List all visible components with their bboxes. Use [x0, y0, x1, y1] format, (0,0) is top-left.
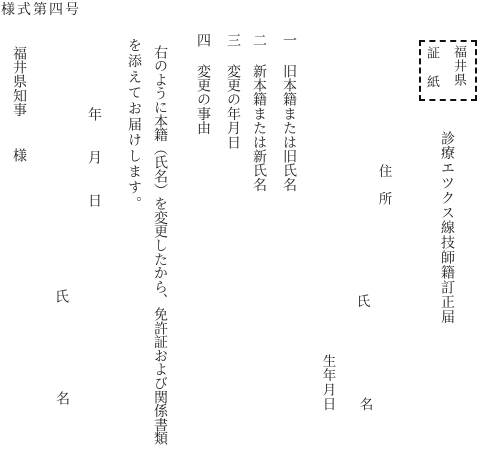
item-4-change-reason: 四 変更の事由	[196, 33, 210, 135]
recipient-honorific: 様	[12, 148, 26, 162]
name-field-label-mei: 名	[357, 397, 371, 411]
item-3-number: 三	[225, 33, 241, 47]
birthdate-field-label: 生年月日	[320, 354, 334, 411]
stamp-box-stamp-char-2: 紙	[425, 75, 438, 88]
signature-name-label-sei: 氏	[54, 289, 68, 303]
item-1-text: 旧本籍または旧氏名	[281, 64, 297, 192]
address-field-label: 住所	[376, 164, 390, 219]
recipient-governor-label: 福井県知事	[12, 46, 26, 117]
form-page: 様式第四号 福井県 証 紙 診療エツクス線技師籍訂正届 住所 氏 名 生年月日 …	[0, 0, 482, 451]
item-3-change-date: 三 変更の年月日	[226, 33, 240, 149]
stamp-box-stamp-char-1: 証	[425, 46, 438, 59]
item-1-number: 一	[281, 33, 297, 47]
item-4-number: 四	[195, 33, 211, 47]
stamp-box-prefecture: 福井県	[452, 45, 465, 87]
date-year-month-day-labels: 年月日	[87, 107, 101, 236]
item-3-text: 変更の年月日	[225, 64, 241, 149]
item-2-text: 新本籍または新氏名	[251, 64, 267, 192]
body-text-line-1: 右のように本籍（氏名）を変更したから、免許証および関係書類	[153, 45, 167, 445]
revenue-stamp-box: 福井県 証 紙	[419, 40, 477, 101]
body-text-line-2: を添えてお届けします。	[127, 38, 141, 212]
item-1-old-registry: 一 旧本籍または旧氏名	[282, 33, 296, 192]
item-4-text: 変更の事由	[195, 64, 211, 135]
document-title: 診療エツクス線技師籍訂正届	[440, 131, 454, 325]
style-number-label: 様式第四号	[1, 3, 81, 17]
item-2-new-registry: 二 新本籍または新氏名	[252, 33, 266, 192]
item-2-number: 二	[251, 33, 267, 47]
name-field-label-sei: 氏	[354, 294, 368, 308]
signature-name-label-mei: 名	[55, 391, 69, 405]
